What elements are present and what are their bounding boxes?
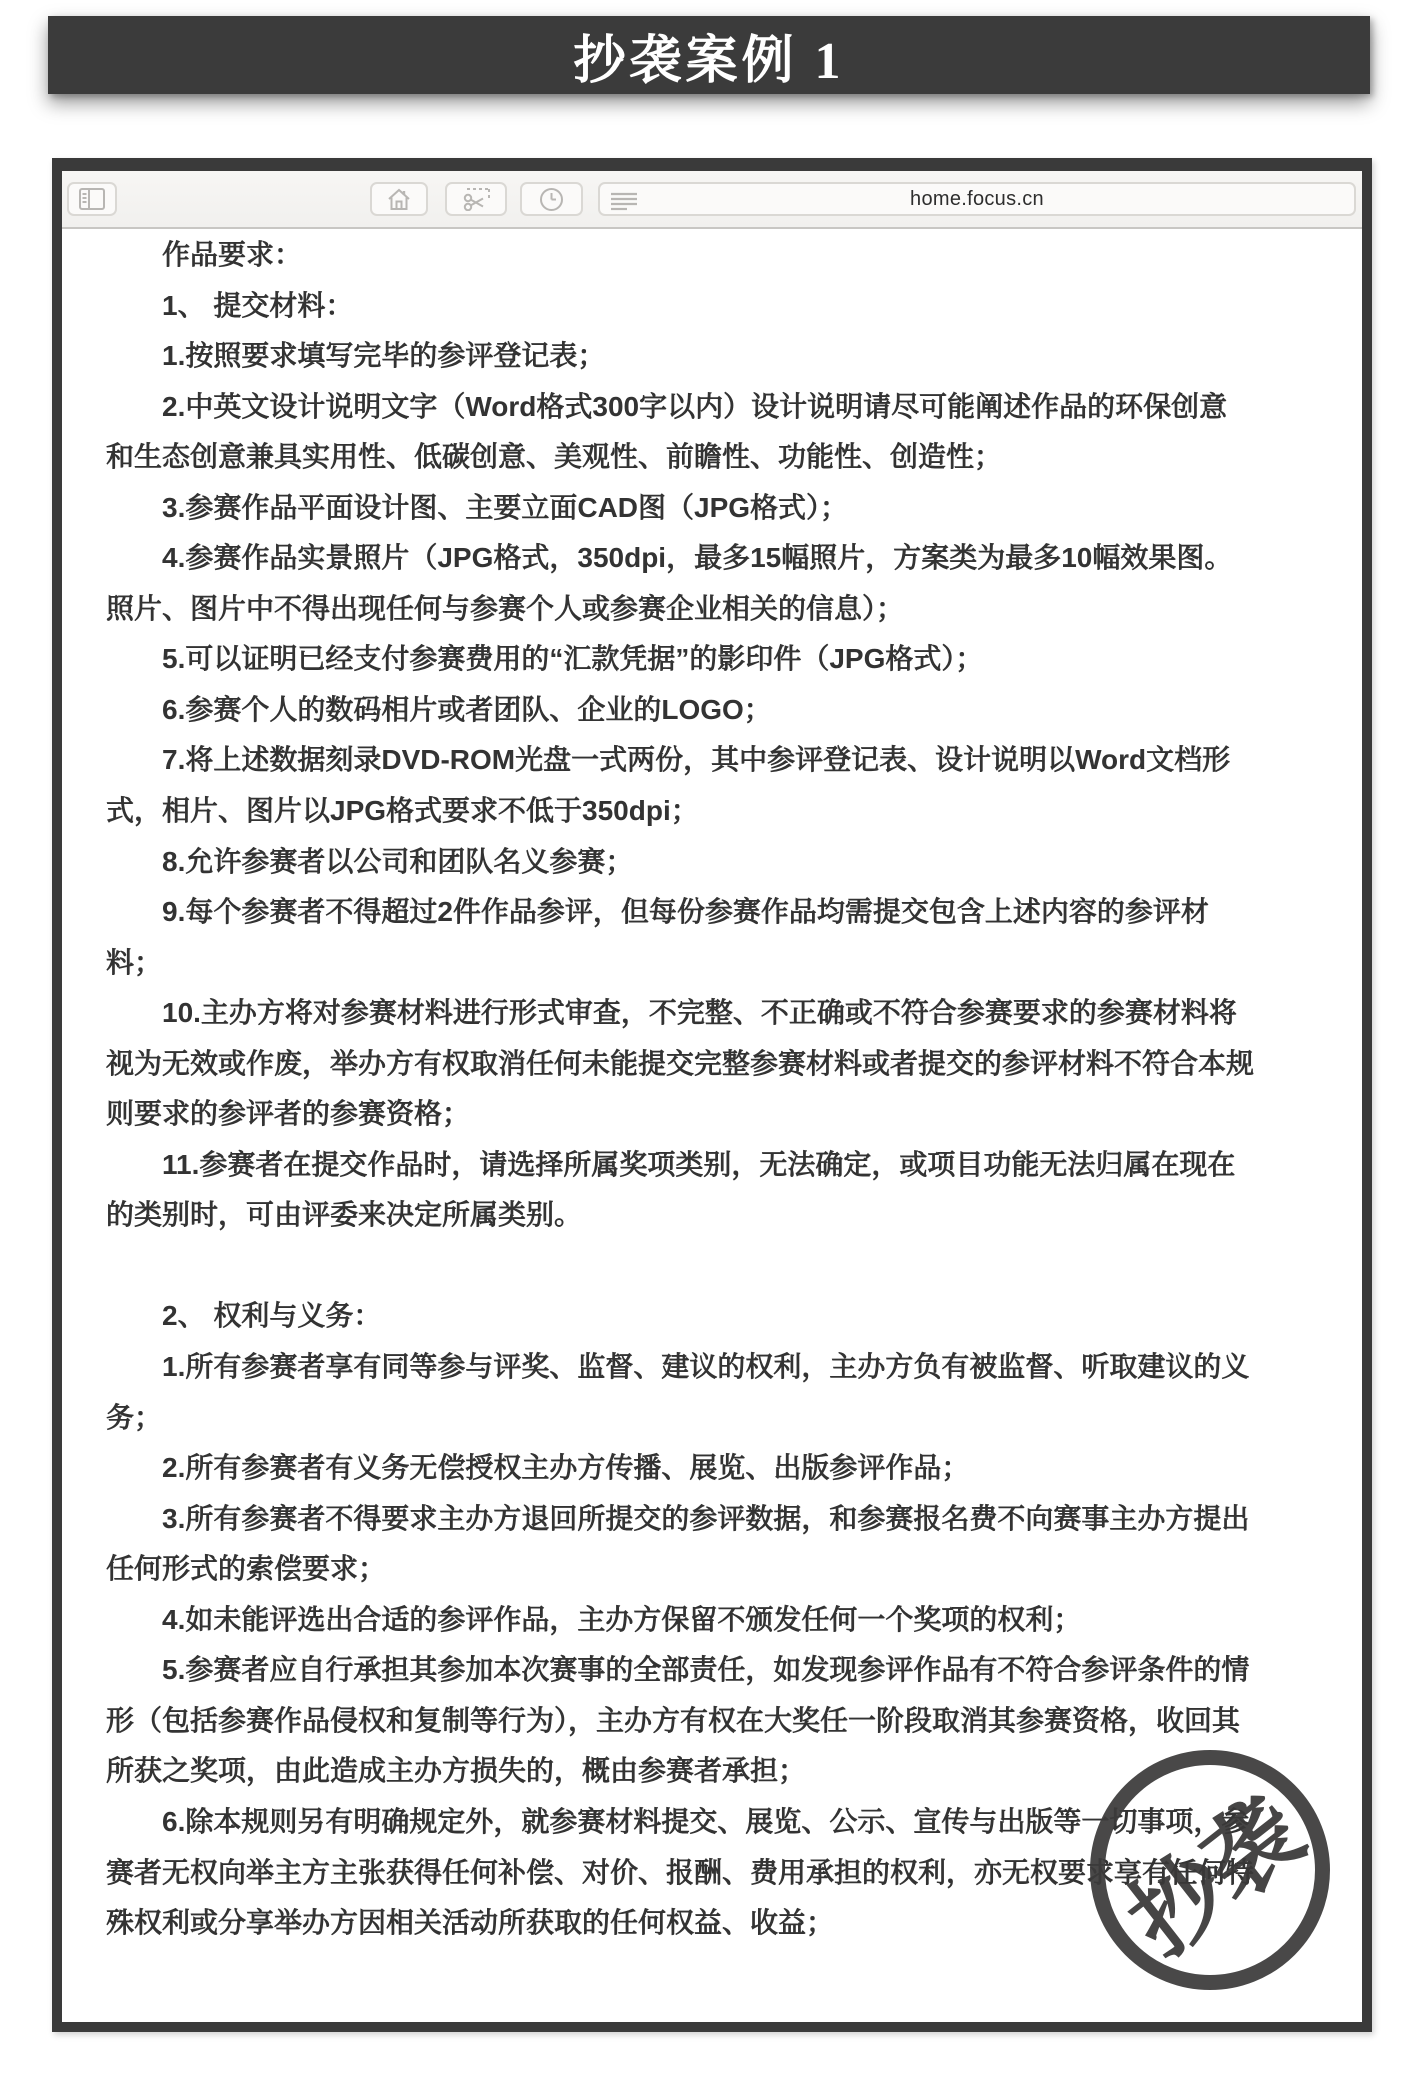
reader-lines-icon [609,190,639,217]
document-line: 2.所有参赛者有义务无偿授权主办方传播、展览、出版参评作品； [106,1443,1336,1494]
case-banner-title: 抄袭案例 1 [573,18,844,93]
document-line: 2、 权利与义务： [106,1291,1336,1342]
document-line: 1.所有参赛者享有同等参与评奖、监督、建议的权利，主办方负有被监督、听取建议的义 [106,1342,1336,1393]
document-line: 照片、图片中不得出现任何与参赛个人或参赛企业相关的信息）； [106,584,1336,635]
document-line: 5.可以证明已经支付参赛费用的“汇款凭据”的影印件（JPG格式）； [106,634,1336,685]
document-line: 6.参赛个人的数码相片或者团队、企业的LOGO； [106,685,1336,736]
document-line: 10.主办方将对参赛材料进行形式审查，不完整、不正确或不符合参赛要求的参赛材料将 [106,988,1336,1039]
history-button[interactable] [520,182,583,216]
home-button[interactable] [370,182,428,216]
document-line: 料； [106,938,1336,989]
document-body: 作品要求：1、 提交材料：1.按照要求填写完毕的参评登记表；2.中英文设计说明文… [62,229,1362,1949]
web-clip-button[interactable] [445,182,507,216]
document-line: 的类别时，可由评委来决定所属类别。 [106,1190,1336,1241]
document-line: 1、 提交材料： [106,281,1336,332]
document-line: 2.中英文设计说明文字（Word格式300字以内）设计说明请尽可能阐述作品的环保… [106,382,1336,433]
document-line: 务； [106,1393,1336,1444]
page: 抄袭案例 1 [0,0,1417,2078]
document-line: 9.每个参赛者不得超过2件作品参评，但每份参赛作品均需提交包含上述内容的参评材 [106,887,1336,938]
document-line: 7.将上述数据刻录DVD-ROM光盘一式两份，其中参评登记表、设计说明以Word… [106,735,1336,786]
document-line: 3.参赛作品平面设计图、主要立面CAD图（JPG格式）； [106,483,1336,534]
sidebar-toggle-button[interactable] [67,182,117,216]
case-banner: 抄袭案例 1 [48,16,1370,94]
document-line: 3.所有参赛者不得要求主办方退回所提交的参评数据，和参赛报名费不向赛事主办方提出 [106,1494,1336,1545]
document-line: 11.参赛者在提交作品时，请选择所属奖项类别，无法确定，或项目功能无法归属在现在 [106,1140,1336,1191]
document-line: 作品要求： [106,230,1336,281]
url-text: home.focus.cn [910,188,1044,211]
document-line: 4.如未能评选出合适的参评作品，主办方保留不颁发任何一个奖项的权利； [106,1595,1336,1646]
document-line: 式，相片、图片以JPG格式要求不低于350dpi； [106,786,1336,837]
scissors-icon [461,187,491,211]
document-line: 4.参赛作品实景照片（JPG格式，350dpi，最多15幅照片，方案类为最多10… [106,533,1336,584]
document-line: 8.允许参赛者以公司和团队名义参赛； [106,837,1336,888]
document-line: 视为无效或作废，举办方有权取消任何未能提交完整参赛材料或者提交的参评材料不符合本… [106,1039,1336,1090]
document-line: 则要求的参评者的参赛资格； [106,1089,1336,1140]
document-line: 5.参赛者应自行承担其参加本次赛事的全部责任，如发现参评作品有不符合参评条件的情 [106,1645,1336,1696]
document-line: 1.按照要求填写完毕的参评登记表； [106,331,1336,382]
plagiarism-stamp-label: 抄袭 [1096,1760,1324,1980]
sidebar-icon [79,188,105,210]
browser-toolbar: home.focus.cn [62,171,1362,229]
document-line: 任何形式的索偿要求； [106,1544,1336,1595]
browser-window: home.focus.cn 作品要求：1、 提交材料：1.按照要求填写完毕的参评… [52,158,1372,2032]
clock-icon [539,187,564,212]
document-line: 形（包括参赛作品侵权和复制等行为），主办方有权在大奖任一阶段取消其参赛资格，收回… [106,1696,1336,1747]
document-line: 和生态创意兼具实用性、低碳创意、美观性、前瞻性、功能性、创造性； [106,432,1336,483]
document-line [106,1241,1336,1292]
address-bar[interactable]: home.focus.cn [598,182,1356,216]
home-icon [387,188,411,211]
plagiarism-stamp: 抄袭 [1090,1750,1330,1990]
